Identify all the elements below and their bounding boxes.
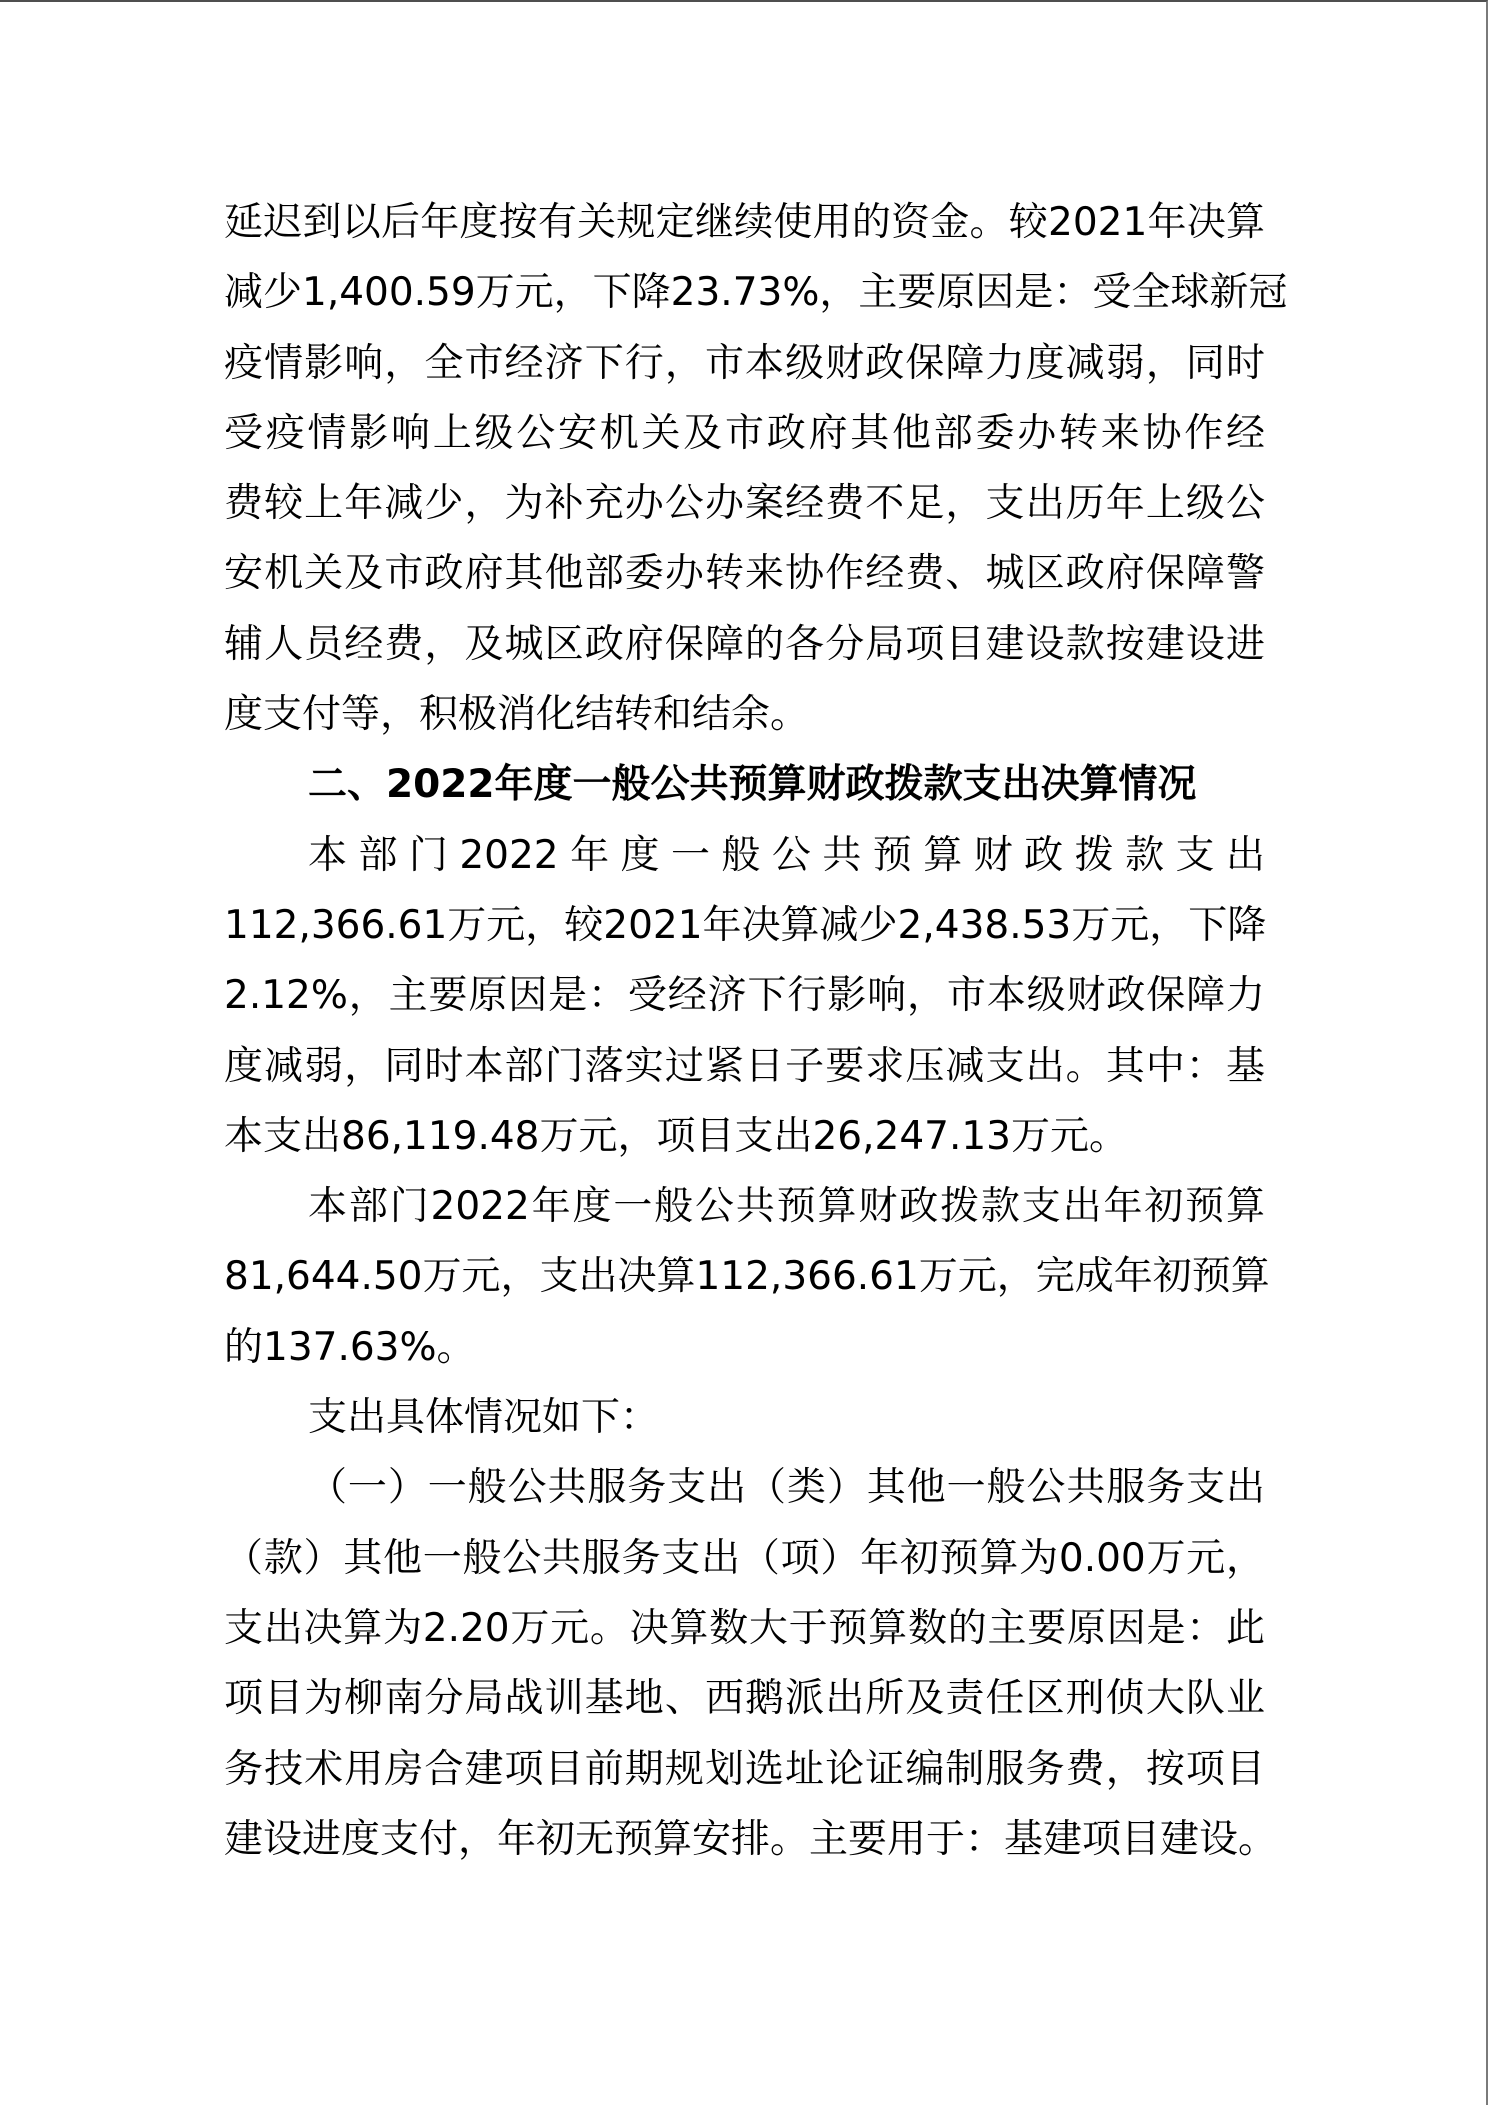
text-line: 建设进度支付，年初无预算安排。主要用于：基建项目建设。 <box>224 1805 1265 1875</box>
text-line: 减少1,400.59万元，下降23.73%，主要原因是：受全球新冠 <box>224 258 1265 328</box>
text-line: 项目为柳南分局战训基地、西鹅派出所及责任区刑侦大队业 <box>224 1664 1265 1734</box>
text-line: 费较上年减少，为补充办公办案经费不足，支出历年上级公 <box>224 469 1265 539</box>
text-line: 2.12%，主要原因是：受经济下行影响，市本级财政保障力 <box>224 961 1265 1031</box>
document-text: 延迟到以后年度按有关规定继续使用的资金。较2021年决算减少1,400.59万元… <box>224 188 1265 1875</box>
text-line: 务技术用房合建项目前期规划选址论证编制服务费，按项目 <box>224 1735 1265 1805</box>
text-line: 81,644.50万元，支出决算112,366.61万元，完成年初预算 <box>224 1242 1265 1312</box>
text-line: 112,366.61万元，较2021年决算减少2,438.53万元，下降 <box>224 891 1265 961</box>
text-line: 延迟到以后年度按有关规定继续使用的资金。较2021年决算 <box>224 188 1265 258</box>
text-line: 的137.63%。 <box>224 1313 1265 1383</box>
text-line: 本部门2022年度一般公共预算财政拨款支出年初预算 <box>224 1172 1265 1242</box>
document-page: 延迟到以后年度按有关规定继续使用的资金。较2021年决算减少1,400.59万元… <box>0 0 1488 2105</box>
text-line: 受疫情影响上级公安机关及市政府其他部委办转来协作经 <box>224 399 1265 469</box>
section-heading: 二、2022年度一般公共预算财政拨款支出决算情况 <box>224 750 1265 820</box>
text-line: 支出决算为2.20万元。决算数大于预算数的主要原因是：此 <box>224 1594 1265 1664</box>
text-line: 疫情影响，全市经济下行，市本级财政保障力度减弱，同时 <box>224 329 1265 399</box>
text-line: （款）其他一般公共服务支出（项）年初预算为0.00万元， <box>224 1524 1265 1594</box>
text-line: 度支付等，积极消化结转和结余。 <box>224 680 1265 750</box>
text-line: （一）一般公共服务支出（类）其他一般公共服务支出 <box>224 1453 1265 1523</box>
text-line: 安机关及市政府其他部委办转来协作经费、城区政府保障警 <box>224 539 1265 609</box>
text-line: 本支出86,119.48万元，项目支出26,247.13万元。 <box>224 1102 1265 1172</box>
text-line: 本部门2022年度一般公共预算财政拨款支出 <box>224 821 1265 891</box>
text-line: 度减弱，同时本部门落实过紧日子要求压减支出。其中：基 <box>224 1032 1265 1102</box>
text-line: 支出具体情况如下： <box>224 1383 1265 1453</box>
text-line: 辅人员经费，及城区政府保障的各分局项目建设款按建设进 <box>224 610 1265 680</box>
